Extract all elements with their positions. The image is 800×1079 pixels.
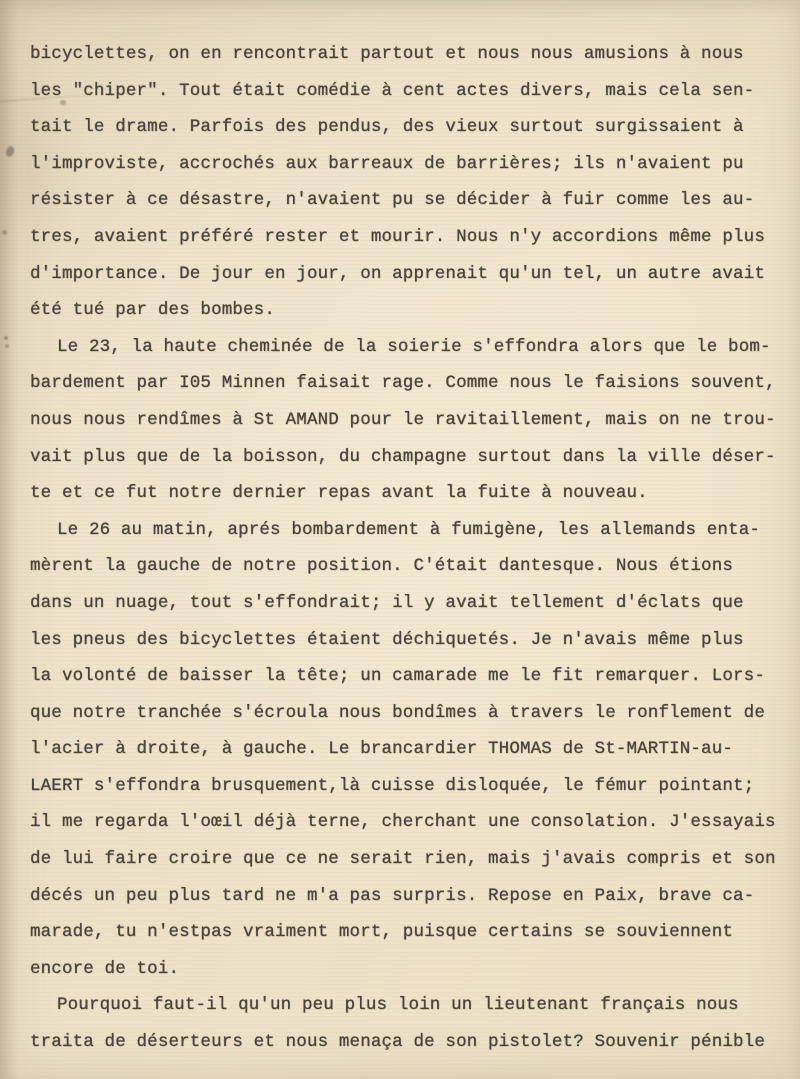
text-line: Pourquoi faut-il qu'un peu plus loin un …: [30, 987, 782, 1024]
text-line: résister à ce désastre, n'avaient pu se …: [30, 182, 782, 219]
text-line: que notre tranchée s'écroula nous bondîm…: [30, 695, 782, 732]
text-line: tres, avaient préféré rester et mourir. …: [30, 219, 782, 256]
text-line: été tué par des bombes.: [30, 292, 782, 329]
text-line: tait le drame. Parfois des pendus, des v…: [30, 109, 782, 146]
text-line: décés un peu plus tard ne m'a pas surpri…: [30, 878, 782, 915]
text-line: de lui faire croire que ce ne serait rie…: [30, 841, 782, 878]
text-line: bicyclettes, on en rencontrait partout e…: [30, 36, 782, 73]
text-line: dans un nuage, tout s'effondrait; il y a…: [30, 585, 782, 622]
scanned-page: bicyclettes, on en rencontrait partout e…: [0, 0, 800, 1079]
text-line: vait plus que de la boisson, du champagn…: [30, 439, 782, 476]
text-line: bardement par I05 Minnen faisait rage. C…: [30, 365, 782, 402]
ink-speck: [4, 336, 8, 340]
text-line: nous nous rendîmes à St AMAND pour le ra…: [30, 402, 782, 439]
text-line: marade, tu n'estpas vraiment mort, puisq…: [30, 914, 782, 951]
ink-speck: [2, 230, 7, 235]
text-line: l'improviste, accrochés aux barreaux de …: [30, 146, 782, 183]
text-line: la volonté de baisser la tête; un camara…: [30, 658, 782, 695]
text-line: il me regarda l'oœil déjà terne, chercha…: [30, 804, 782, 841]
text-line: encore de toi.: [30, 951, 782, 988]
text-line: les pneus des bicyclettes étaient déchiq…: [30, 622, 782, 659]
text-line: LAERT s'effondra brusquement,là cuisse d…: [30, 768, 782, 805]
text-line: traita de déserteurs et nous menaça de s…: [30, 1024, 782, 1061]
text-line: te et ce fut notre dernier repas avant l…: [30, 475, 782, 512]
text-line: Le 26 au matin, aprés bombardement à fum…: [30, 512, 782, 549]
text-line: d'importance. De jour en jour, on appren…: [30, 256, 782, 293]
text-line: mèrent la gauche de notre position. C'ét…: [30, 548, 782, 585]
text-line: l'acier à droite, à gauche. Le brancardi…: [30, 731, 782, 768]
ink-speck: [4, 145, 15, 158]
text-line: les "chiper". Tout était comédie à cent …: [30, 73, 782, 110]
text-line: Le 23, la haute cheminée de la soierie s…: [30, 329, 782, 366]
typewritten-text-block: bicyclettes, on en rencontrait partout e…: [30, 36, 782, 1061]
